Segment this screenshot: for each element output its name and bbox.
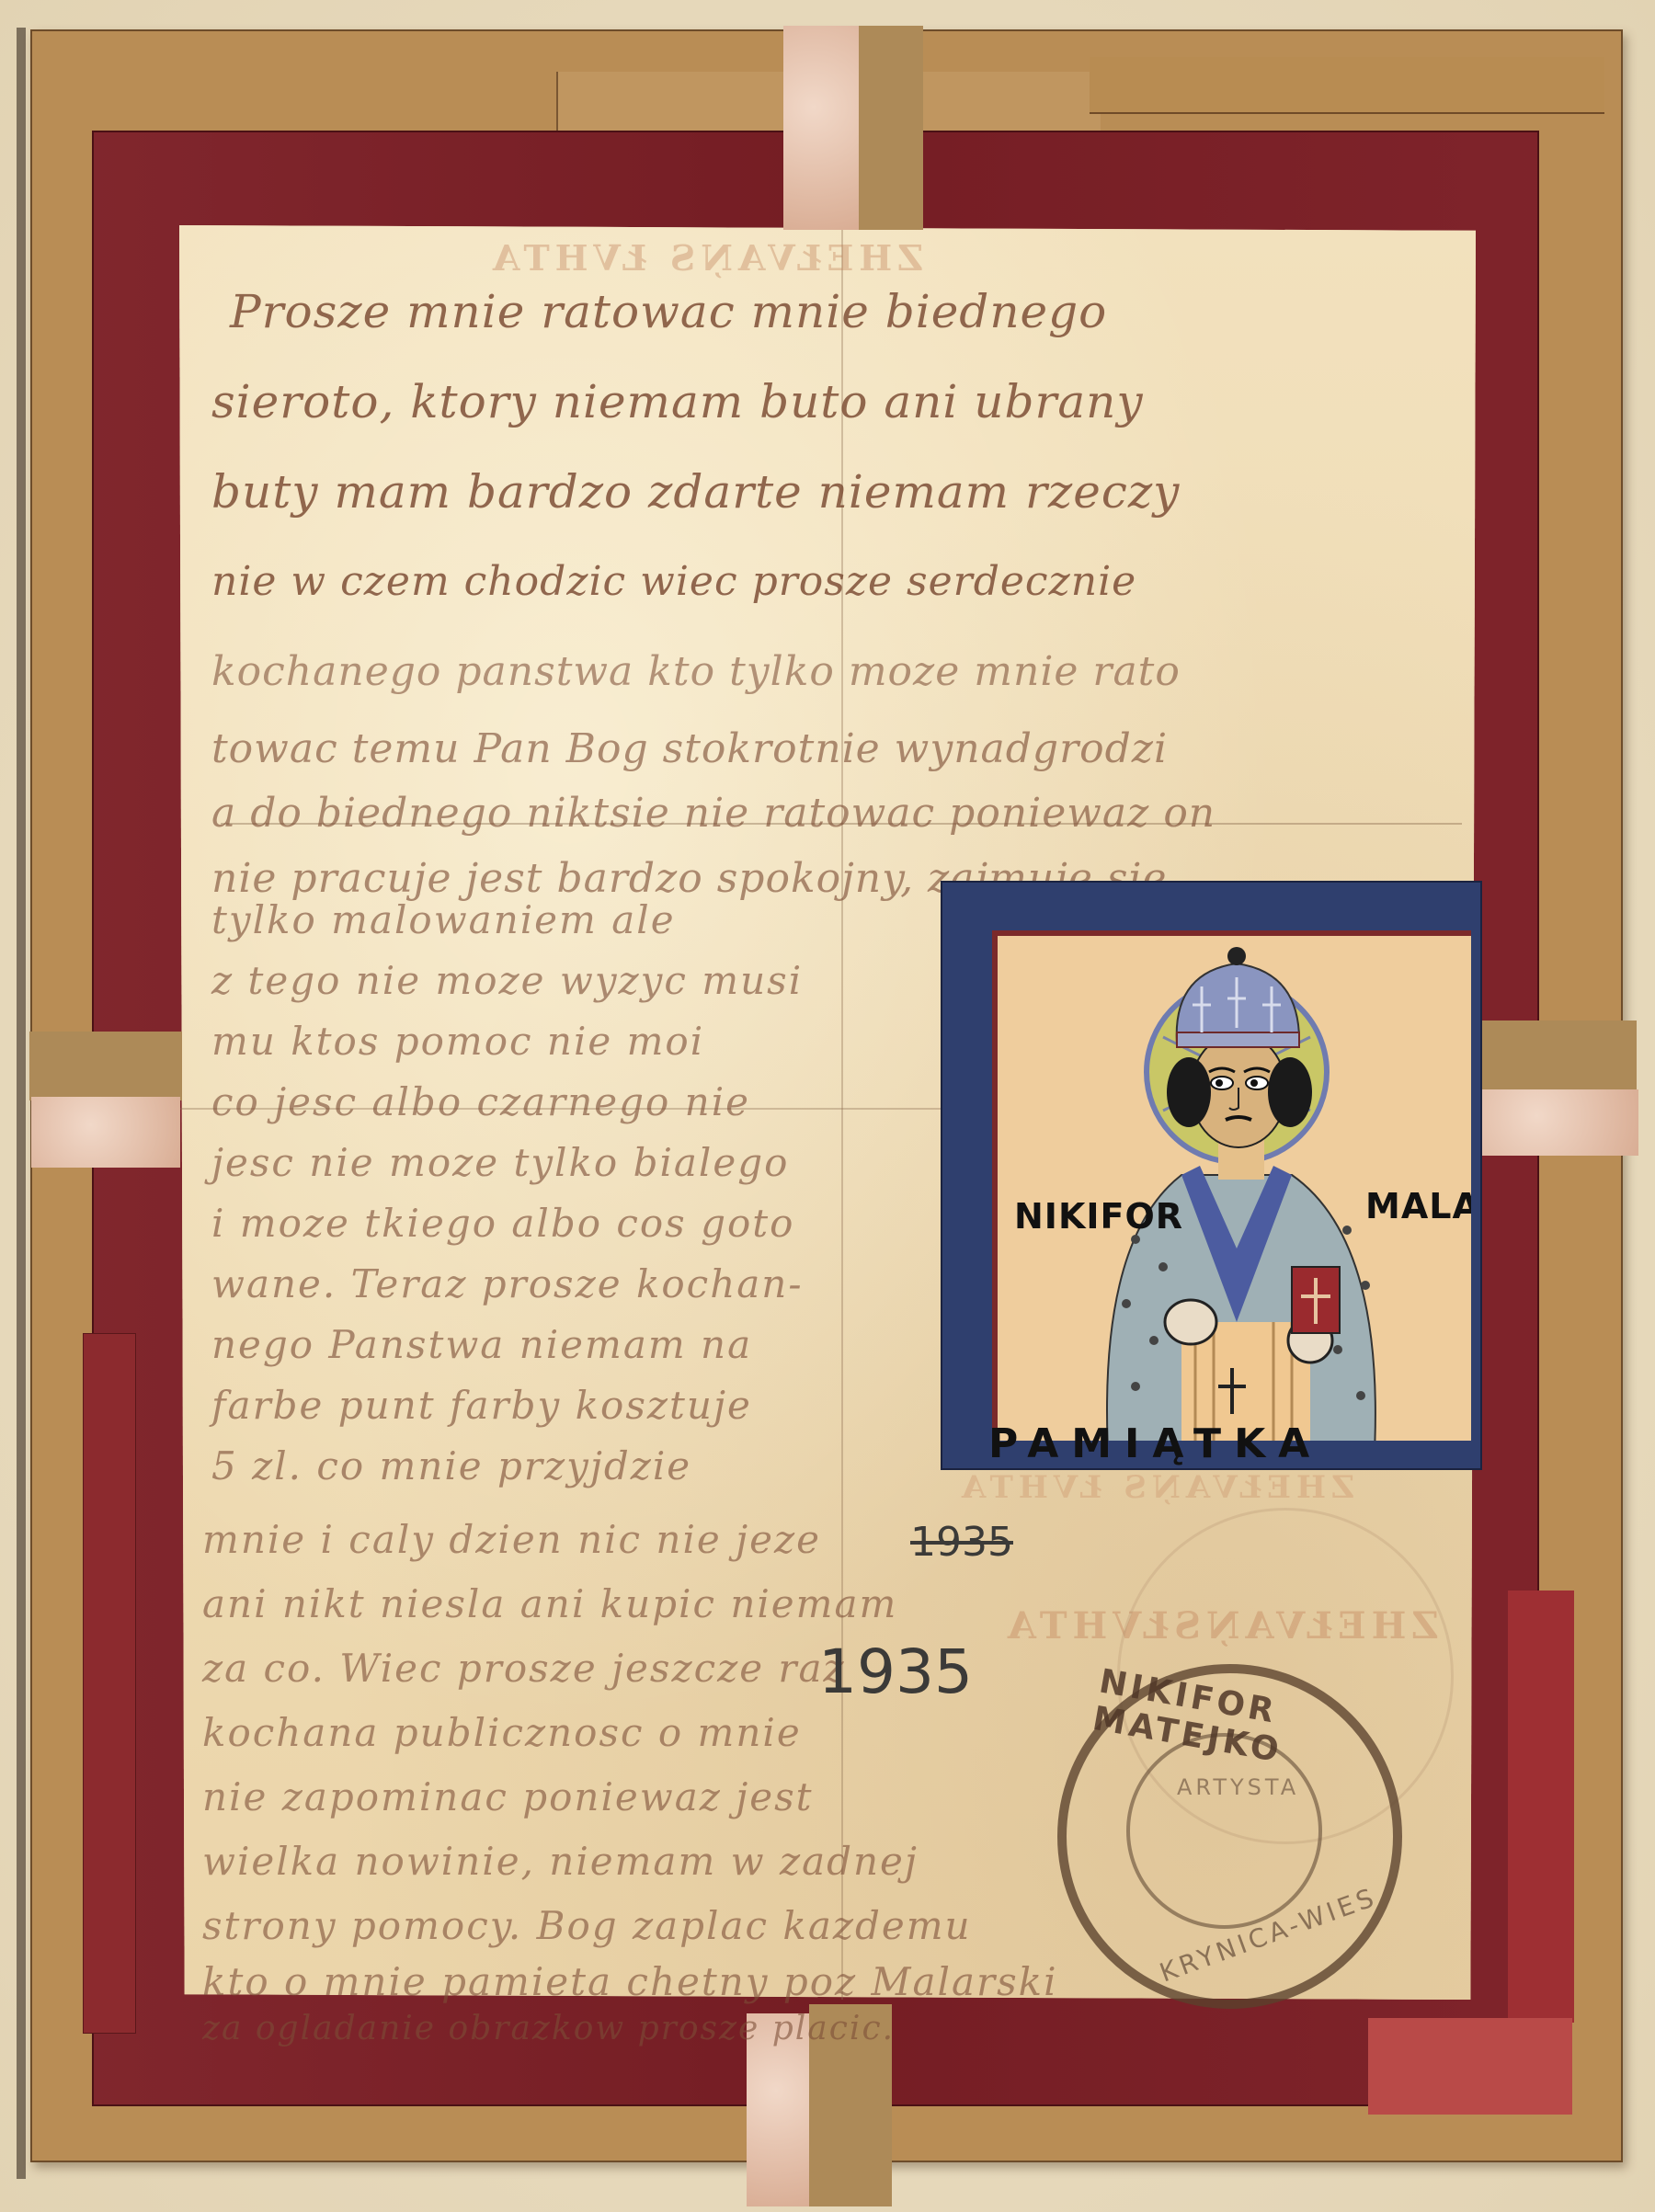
tape-left-tan — [29, 1032, 182, 1100]
letter-text-lower: mnie i caly dzien nic nie jeze ani nikt … — [202, 1508, 1122, 2052]
letter-line: sieroto, ktory niemam buto ani ubrany — [211, 357, 1471, 447]
letter-line: co jesc albo czarnego nie — [211, 1072, 947, 1133]
painting-label-pamiatka: PAMIĄTKA — [988, 1420, 1322, 1467]
letter-text-middle: tylko malowaniem ale z tego nie moze wyz… — [211, 890, 947, 1497]
painted-icon: NIKIFOR MALA PAMIĄTKA — [941, 881, 1482, 1470]
letter-line: jesc nie moze tylko bialego — [211, 1133, 947, 1193]
tape-right-tan — [1471, 1020, 1637, 1090]
letter-line: nie w czem chodzic wiec prosze serdeczni… — [211, 537, 1471, 627]
letter-line: towac temu Pan Bog stokrotnie wynadgrodz… — [211, 717, 1471, 781]
red-patch-bottom-right — [1368, 2018, 1572, 2115]
tape-right-pink — [1469, 1089, 1638, 1156]
stamp-inner-text: ARTYSTA — [1177, 1774, 1299, 1800]
letter-line: wane. Teraz prosze kochan- — [211, 1254, 947, 1315]
tape-left-pink — [31, 1097, 180, 1168]
letter-line: nie zapominac poniewaz jest — [202, 1765, 1122, 1830]
cardboard-strip-top-right — [1090, 57, 1604, 114]
letter-line: za co. Wiec prosze jeszcze raz — [202, 1636, 1122, 1701]
letter-line: kochanego panstwa kto tylko moze mnie ra… — [211, 627, 1471, 717]
tape-top-pink — [783, 26, 859, 230]
letter-line: ani nikt niesla ani kupic niemam — [202, 1572, 1122, 1636]
pencil-year: 1935 — [818, 1636, 973, 1707]
painting-label-mala: MALA — [1365, 1186, 1471, 1226]
painting-background: NIKIFOR MALA — [992, 930, 1471, 1441]
red-patch-right — [1508, 1591, 1574, 2023]
red-strip-left — [83, 1333, 136, 2034]
letter-line: farbe punt farby kosztuje — [211, 1375, 947, 1436]
letter-line: i moze tkiego albo cos goto — [211, 1193, 947, 1254]
letter-line: 5 zl. co mnie przyjdzie — [211, 1436, 947, 1497]
ink-stamp: NIKIFOR MATEJKO ARTYSTA KRYNICA-WIES — [1057, 1664, 1402, 2009]
letter-line: kto o mnie pamieta chetny poz Malarski — [202, 1958, 1122, 2006]
letter-line: buty mam bardzo zdarte niemam rzeczy — [211, 447, 1471, 537]
letter-text-upper: Prosze mnie ratowac mnie biednego sierot… — [211, 267, 1471, 912]
letter-line: wielka nowinie, niemam w zadnej — [202, 1830, 1122, 1894]
letter-line: Prosze mnie ratowac mnie biednego — [211, 267, 1471, 357]
letter-line: z tego nie moze wyzyc musi — [211, 951, 947, 1011]
painting-label-nikifor: NIKIFOR — [1014, 1196, 1183, 1237]
crossed-number: 1935 — [910, 1519, 1013, 1566]
letter-line: nego Panstwa niemam na — [211, 1315, 947, 1375]
frame-shadow — [17, 28, 26, 2179]
letter-line: tylko malowaniem ale — [211, 890, 947, 951]
watermark-middle: ZHEŁVAŅS ŁVHTA — [956, 1469, 1354, 1506]
letter-line: kochana publicznosc o mnie — [202, 1701, 1122, 1765]
tape-top-tan — [859, 26, 923, 230]
letter-line: a do biednego niktsie nie ratowac poniew… — [211, 781, 1471, 846]
letter-line: mu ktos pomoc nie moi — [211, 1011, 947, 1072]
letter-line: strony pomocy. Bog zaplac kazdemu — [202, 1894, 1122, 1958]
letter-line: za ogladanie obrazkow prosze placic. — [202, 2006, 1122, 2052]
